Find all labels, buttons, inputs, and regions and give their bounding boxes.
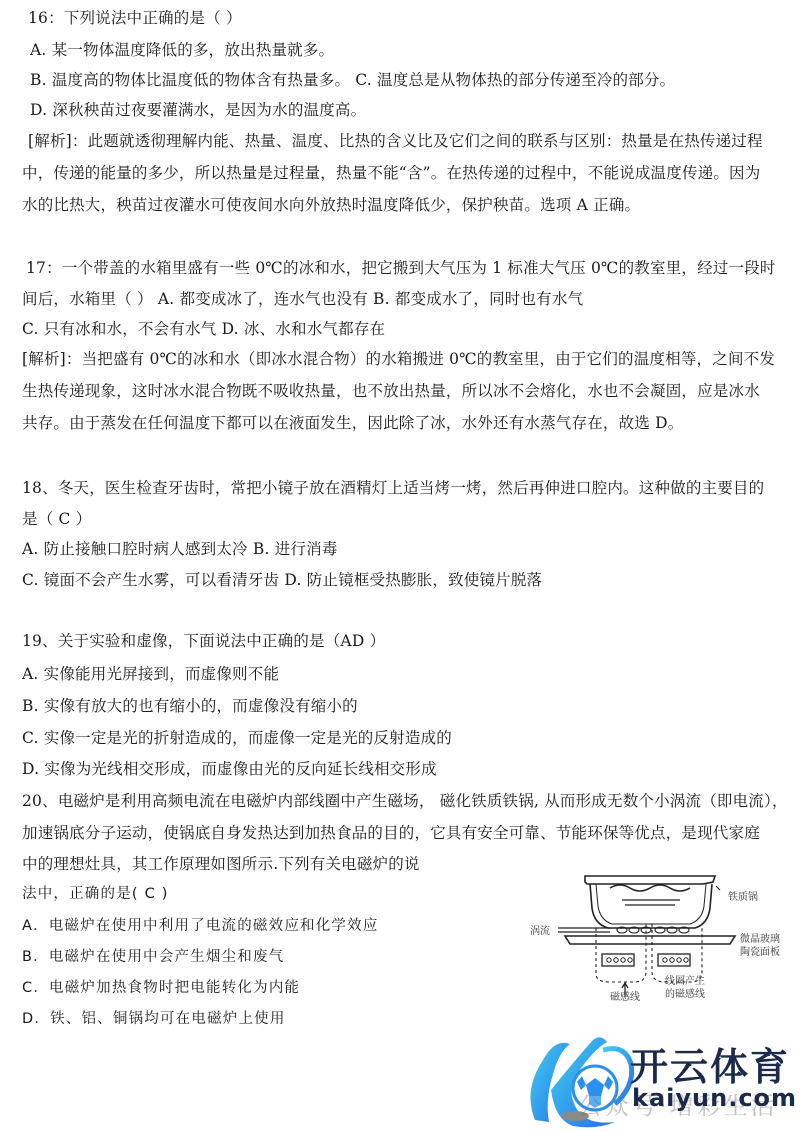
q19-stem: 19、关于实验和虚像，下面说法中正确的是（AD ） [22, 631, 385, 651]
q19-option-b: B. 实像有放大的也有缩小的，而虚像没有缩小的 [22, 696, 358, 716]
q19-option-a: A. 实像能用光屏接到，而虚像则不能 [22, 664, 279, 684]
q18-stem-2: 是（ C ） [22, 509, 91, 529]
q20-option-b: B．电磁炉在使用中会产生烟尘和废气 [22, 947, 284, 967]
q20-stem-1: 20、电磁炉是利用高频电流在电磁炉内部线圈中产生磁场， 磁化铁质铁锅, 从而形成… [22, 791, 788, 811]
q19-option-d: D. 实像为光线相交形成，而虚像由光的反向延长线相交形成 [22, 759, 437, 779]
label-ceramic-plate-2: 陶瓷面板 [740, 945, 780, 958]
label-magnetic-field: 磁感线 [610, 990, 640, 1002]
q20-stem-4: 法中，正确的是( C ) [22, 884, 169, 904]
q18-stem-1: 18、冬天，医生检查牙齿时，常把小镜子放在酒精灯上适当烤一烤，然后再伸进口腔内。… [22, 478, 764, 498]
q17-stem-2: 间后，水箱里（ ） A. 都变成冰了，连水气也没有 B. 都变成水了，同时也有水… [22, 289, 583, 309]
q16-option-a: A. 某一物体温度降低的多，放出热量就多。 [30, 40, 334, 60]
logo-domain-text: kaiyun.com [632, 1084, 797, 1112]
q20-stem-3: 中的理想灶具，其工作原理如图所示.下列有关电磁炉的说 [22, 854, 420, 874]
q20-option-c: C．电磁炉加热食物时把电能转化为内能 [22, 978, 300, 998]
q20-stem-2: 加速锅底分子运动，使锅底自身发热达到加热食品的目的，它具有安全可靠、节能环保等优… [22, 823, 760, 843]
label-eddy-current: 涡流 [530, 924, 550, 937]
q17-analysis-1: [解析]：当把盛有 0℃的冰和水（即冰水混合物）的水箱搬进 0℃的教室里，由于它… [22, 349, 775, 369]
q20-option-d: D．铁、铝、铜锅均可在电磁炉上使用 [22, 1009, 286, 1029]
induction-cooker-diagram: 铁质锅 涡流 微晶玻璃 陶瓷面板 线圈产生 的磁感线 磁感线 [530, 862, 790, 1002]
label-iron-pot: 铁质锅 [728, 890, 758, 903]
q16-stem: 16：下列说法中正确的是（ ） [28, 8, 242, 28]
q17-option-cd: C. 只有冰和水，不会有水气 D. 冰、水和水气都存在 [22, 319, 385, 339]
q16-option-bc: B. 温度高的物体比温度低的物体含有热量多。 C. 温度总是从物体热的部分传递至… [30, 70, 675, 90]
q18-option-cd: C. 镜面不会产生水雾，可以看清牙齿 D. 防止镜框受热膨胀，致使镜片脱落 [22, 570, 542, 590]
logo-chinese-text: 开云体育 [630, 1036, 790, 1091]
q17-analysis-2: 生热传递现象，这时冰水混合物既不吸收热量，也不放出热量，所以冰不会熔化，水也不会… [22, 381, 760, 401]
q16-analysis-3: 水的比热大，秧苗过夜灌水可使夜间水向外放热时温度降低少，保护秧苗。选项 A 正确… [22, 195, 640, 215]
label-coil-field-1: 线圈产生 [665, 974, 705, 987]
q17-stem-1: 17：一个带盖的水箱里盛有一些 0℃的冰和水，把它搬到大气压为 1 标准大气压 … [26, 258, 776, 278]
q20-option-a: A．电磁炉在使用中利用了电流的磁效应和化学效应 [22, 916, 379, 936]
label-ceramic-plate-1: 微晶玻璃 [740, 932, 780, 945]
q16-analysis-2: 中，传递的能量的多少，所以热量是过程量，热量不能“含”。在热传递的过程中，不能说… [22, 163, 760, 183]
q19-option-c: C. 实像一定是光的折射造成的，而虚像一定是光的反射造成的 [22, 728, 452, 748]
q16-analysis-1: [解析]：此题就透彻理解内能、热量、温度、比热的含义比及它们之间的联系与区别：热… [28, 131, 763, 151]
label-coil-field-2: 的磁感线 [665, 987, 705, 1000]
q16-option-d: D. 深秋秧苗过夜要灌满水，是因为水的温度高。 [30, 100, 366, 120]
q18-option-ab: A. 防止接触口腔时病人感到太冷 B. 进行消毒 [22, 539, 338, 559]
q17-analysis-3: 共存。由于蒸发在任何温度下都可以在液面发生，因此除了冰，水外还有水蒸气存在，故选… [22, 413, 683, 433]
